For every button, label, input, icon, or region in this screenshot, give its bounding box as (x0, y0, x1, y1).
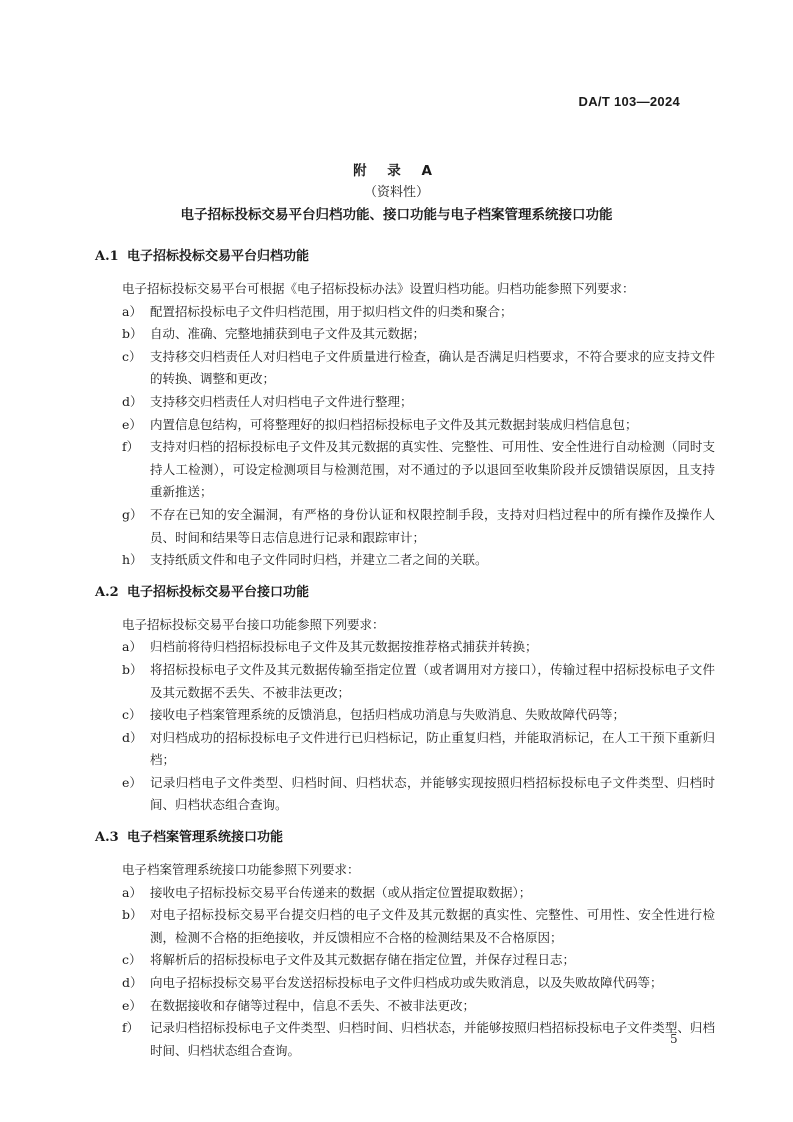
list-item: h）支持纸质文件和电子文件同时归档，并建立二者之间的关联。 (95, 549, 715, 572)
section-intro: 电子招标投标交易平台可根据《电子招标投标办法》设置归档功能。归档功能参照下列要求… (95, 278, 715, 301)
item-label: b） (122, 323, 150, 346)
item-label: c） (122, 346, 150, 391)
list-item: a）配置招标投标电子文件归档范围，用于拟归档文件的归类和聚合； (95, 301, 715, 324)
standard-code: DA/T 103—2024 (579, 94, 680, 109)
section-title: 电子档案管理系统接口功能 (127, 827, 283, 849)
section-a3: A.3 电子档案管理系统接口功能 电子档案管理系统接口功能参照下列要求： a）接… (95, 827, 715, 1062)
item-text: 向电子招标投标交易平台发送招标投标电子文件归档成功或失败消息，以及失败故障代码等… (150, 972, 715, 995)
item-text: 自动、准确、完整地捕获到电子文件及其元数据； (150, 323, 715, 346)
item-text: 配置招标投标电子文件归档范围，用于拟归档文件的归类和聚合； (150, 301, 715, 324)
list-item: c）接收电子档案管理系统的反馈消息，包括归档成功消息与失败消息、失败故障代码等； (95, 704, 715, 727)
item-label: h） (122, 549, 150, 572)
section-a2: A.2 电子招标投标交易平台接口功能 电子招标投标交易平台接口功能参照下列要求：… (95, 582, 715, 817)
item-text: 归档前将待归档招标投标电子文件及其元数据按推荐格式捕获并转换； (150, 636, 715, 659)
list-item: d）向电子招标投标交易平台发送招标投标电子文件归档成功或失败消息，以及失败故障代… (95, 972, 715, 995)
item-label: e） (122, 414, 150, 437)
section-heading: A.1 电子招标投标交易平台归档功能 (95, 246, 715, 268)
item-text: 接收电子档案管理系统的反馈消息，包括归档成功消息与失败消息、失败故障代码等； (150, 704, 715, 727)
item-text: 内置信息包结构，可将整理好的拟归档招标投标电子文件及其元数据封装成归档信息包； (150, 414, 715, 437)
list-item: b）对电子招标投标交易平台提交归档的电子文件及其元数据的真实性、完整性、可用性、… (95, 904, 715, 949)
page-number: 5 (670, 1032, 678, 1046)
item-label: a） (122, 636, 150, 659)
list-item: c）将解析后的招标投标电子文件及其元数据存储在指定位置，并保存过程日志； (95, 949, 715, 972)
list-item: e）内置信息包结构，可将整理好的拟归档招标投标电子文件及其元数据封装成归档信息包… (95, 414, 715, 437)
item-text: 在数据接收和存储等过程中，信息不丢失、不被非法更改； (150, 995, 715, 1018)
section-number: A.1 (95, 246, 127, 268)
item-label: c） (122, 949, 150, 972)
section-number: A.3 (95, 827, 127, 849)
item-label: b） (122, 659, 150, 704)
list-item: b）将招标投标电子文件及其元数据传输至指定位置（或者调用对方接口），传输过程中招… (95, 659, 715, 704)
item-text: 将招标投标电子文件及其元数据传输至指定位置（或者调用对方接口），传输过程中招标投… (150, 659, 715, 704)
item-text: 支持移交归档责任人对归档电子文件质量进行检查，确认是否满足归档要求，不符合要求的… (150, 346, 715, 391)
list-item: c）支持移交归档责任人对归档电子文件质量进行检查，确认是否满足归档要求，不符合要… (95, 346, 715, 391)
item-label: e） (122, 995, 150, 1018)
section-intro: 电子档案管理系统接口功能参照下列要求： (95, 859, 715, 882)
list-item: d）对归档成功的招标投标电子文件进行已归档标记，防止重复归档，并能取消标记，在人… (95, 727, 715, 772)
item-text: 将解析后的招标投标电子文件及其元数据存储在指定位置，并保存过程日志； (150, 949, 715, 972)
item-label: b） (122, 904, 150, 949)
list-item: f）记录归档招标投标电子文件类型、归档时间、归档状态，并能够按照归档招标投标电子… (95, 1017, 715, 1062)
item-text: 对归档成功的招标投标电子文件进行已归档标记，防止重复归档，并能取消标记，在人工干… (150, 727, 715, 772)
item-label: d） (122, 727, 150, 772)
list-item: e）记录归档电子文件类型、归档时间、归档状态，并能够实现按照归档招标投标电子文件… (95, 772, 715, 817)
item-text: 记录归档电子文件类型、归档时间、归档状态，并能够实现按照归档招标投标电子文件类型… (150, 772, 715, 817)
item-label: d） (122, 391, 150, 414)
item-text: 支持移交归档责任人对归档电子文件进行整理； (150, 391, 715, 414)
item-label: f） (122, 436, 150, 504)
section-heading: A.3 电子档案管理系统接口功能 (95, 827, 715, 849)
section-title: 电子招标投标交易平台归档功能 (127, 246, 309, 268)
item-label: c） (122, 704, 150, 727)
item-text: 记录归档招标投标电子文件类型、归档时间、归档状态，并能够按照归档招标投标电子文件… (150, 1017, 715, 1062)
item-label: a） (122, 882, 150, 905)
item-text: 接收电子招标投标交易平台传递来的数据（或从指定位置提取数据）； (150, 882, 715, 905)
item-label: a） (122, 301, 150, 324)
appendix-label: 附 录 A (0, 160, 793, 182)
list-item: a）接收电子招标投标交易平台传递来的数据（或从指定位置提取数据）； (95, 882, 715, 905)
list-item: f）支持对归档的招标投标电子文件及其元数据的真实性、完整性、可用性、安全性进行自… (95, 436, 715, 504)
appendix-nature: （资料性） (0, 182, 793, 204)
appendix-title-block: 附 录 A （资料性） 电子招标投标交易平台归档功能、接口功能与电子档案管理系统… (0, 160, 793, 226)
list-item: d）支持移交归档责任人对归档电子文件进行整理； (95, 391, 715, 414)
item-label: g） (122, 504, 150, 549)
document-body: A.1 电子招标投标交易平台归档功能 电子招标投标交易平台可根据《电子招标投标办… (95, 246, 715, 1072)
item-text: 对电子招标投标交易平台提交归档的电子文件及其元数据的真实性、完整性、可用性、安全… (150, 904, 715, 949)
list-item: b）自动、准确、完整地捕获到电子文件及其元数据； (95, 323, 715, 346)
item-label: d） (122, 972, 150, 995)
list-item: a）归档前将待归档招标投标电子文件及其元数据按推荐格式捕获并转换； (95, 636, 715, 659)
appendix-title: 电子招标投标交易平台归档功能、接口功能与电子档案管理系统接口功能 (0, 204, 793, 226)
section-title: 电子招标投标交易平台接口功能 (127, 582, 309, 604)
item-text: 不存在已知的安全漏洞，有严格的身份认证和权限控制手段，支持对归档过程中的所有操作… (150, 504, 715, 549)
section-a1: A.1 电子招标投标交易平台归档功能 电子招标投标交易平台可根据《电子招标投标办… (95, 246, 715, 572)
section-number: A.2 (95, 582, 127, 604)
list-item: g）不存在已知的安全漏洞，有严格的身份认证和权限控制手段，支持对归档过程中的所有… (95, 504, 715, 549)
item-label: e） (122, 772, 150, 817)
section-intro: 电子招标投标交易平台接口功能参照下列要求： (95, 614, 715, 637)
item-label: f） (122, 1017, 150, 1062)
item-text: 支持纸质文件和电子文件同时归档，并建立二者之间的关联。 (150, 549, 715, 572)
section-heading: A.2 电子招标投标交易平台接口功能 (95, 582, 715, 604)
item-text: 支持对归档的招标投标电子文件及其元数据的真实性、完整性、可用性、安全性进行自动检… (150, 436, 715, 504)
list-item: e）在数据接收和存储等过程中，信息不丢失、不被非法更改； (95, 995, 715, 1018)
